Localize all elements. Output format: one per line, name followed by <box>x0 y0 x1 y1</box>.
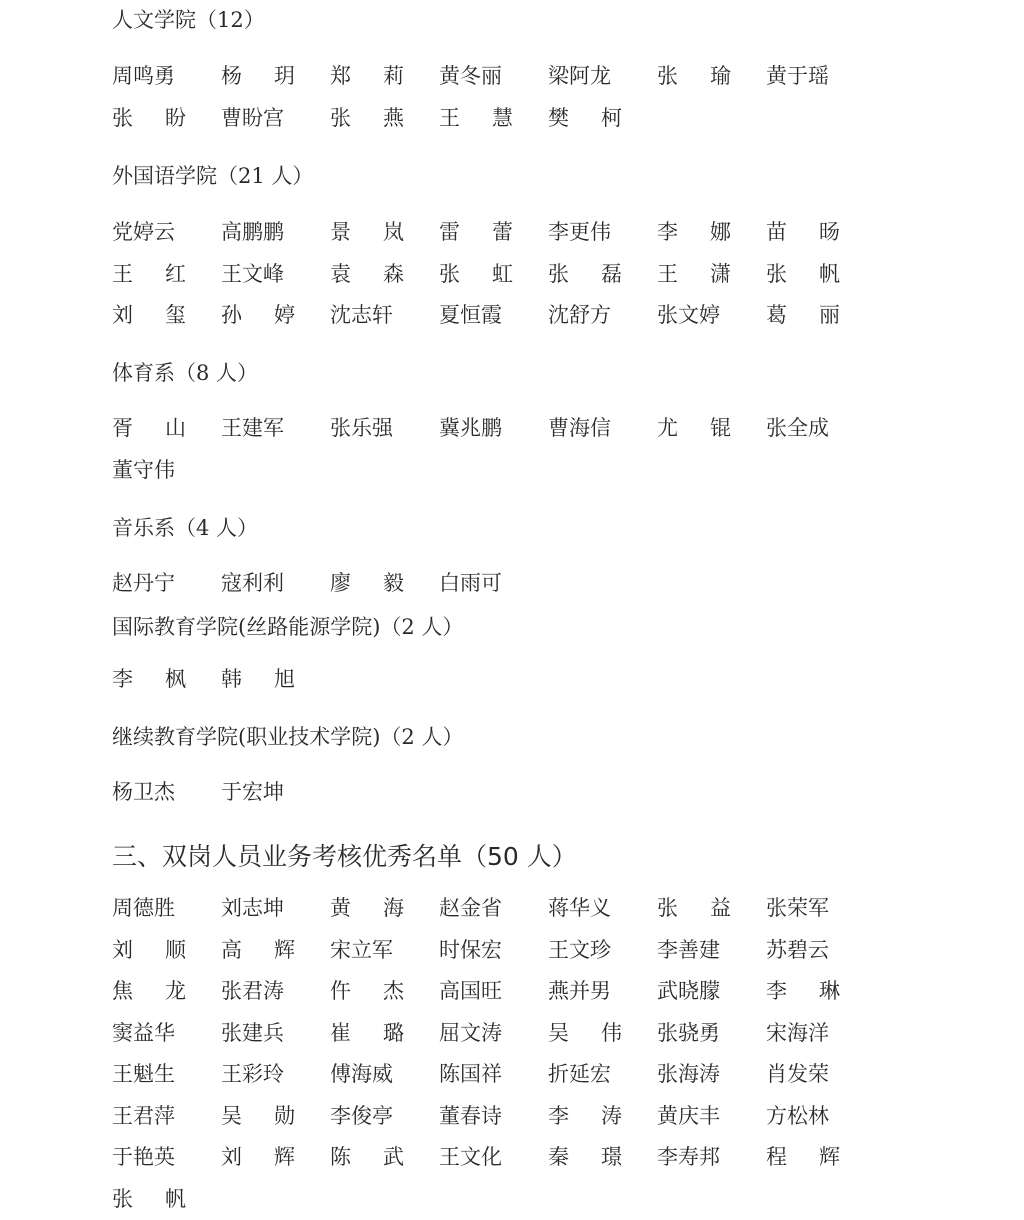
person-name: 张燕 <box>330 104 404 132</box>
name-row: 董守伟 <box>112 456 872 484</box>
person-name: 葛丽 <box>766 301 840 329</box>
person-name: 焦龙 <box>112 977 186 1005</box>
person-name: 曹海信 <box>548 414 622 442</box>
person-name: 李枫 <box>112 665 186 693</box>
person-name: 秦璟 <box>548 1143 622 1171</box>
name-row: 刘玺孙婷沈志轩夏恒霞沈舒方张文婷葛丽 <box>112 301 872 329</box>
person-name: 李寿邦 <box>657 1143 731 1171</box>
person-name: 王魁生 <box>112 1060 186 1088</box>
person-name: 黄海 <box>330 894 404 922</box>
department-heading: 人文学院（12） <box>112 8 265 32</box>
person-name: 周德胜 <box>112 894 186 922</box>
person-name: 于艳英 <box>112 1143 186 1171</box>
name-row: 窦益华张建兵崔璐屈文涛吴伟张骁勇宋海洋 <box>112 1019 872 1047</box>
person-name: 于宏坤 <box>221 778 295 806</box>
person-name: 王君萍 <box>112 1102 186 1130</box>
person-name: 周鸣勇 <box>112 62 186 90</box>
person-name: 王文珍 <box>548 936 622 964</box>
person-name: 肖发荣 <box>766 1060 840 1088</box>
name-row: 王君萍吴勋李俊亭董春诗李涛黄庆丰方松林 <box>112 1102 872 1130</box>
name-row: 周德胜刘志坤黄海赵金省蒋华义张益张荣军 <box>112 894 872 922</box>
person-name: 仵杰 <box>330 977 404 1005</box>
person-name: 折延宏 <box>548 1060 622 1088</box>
person-name: 李更伟 <box>548 218 622 246</box>
person-name: 张建兵 <box>221 1019 295 1047</box>
person-name: 吴勋 <box>221 1102 295 1130</box>
person-name: 李善建 <box>657 936 731 964</box>
name-row: 杨卫杰于宏坤 <box>112 778 872 806</box>
name-row: 胥山王建军张乐强冀兆鹏曹海信尤锟张全成 <box>112 414 872 442</box>
person-name: 刘顺 <box>112 936 186 964</box>
person-name: 白雨可 <box>439 569 513 597</box>
person-name: 张盼 <box>112 104 186 132</box>
name-row: 王红王文峰袁森张虹张磊王潇张帆 <box>112 260 872 288</box>
person-name: 张瑜 <box>657 62 731 90</box>
person-name: 景岚 <box>330 218 404 246</box>
name-row: 周鸣勇杨玥郑莉黄冬丽梁阿龙张瑜黄于瑶 <box>112 62 872 90</box>
person-name: 宋立军 <box>330 936 404 964</box>
person-name: 尤锟 <box>657 414 731 442</box>
person-name: 廖毅 <box>330 569 404 597</box>
person-name: 王建军 <box>221 414 295 442</box>
person-name: 武晓朦 <box>657 977 731 1005</box>
name-row: 张盼曹盼宫张燕王慧樊柯 <box>112 104 872 132</box>
person-name: 程辉 <box>766 1143 840 1171</box>
department-heading: 继续教育学院(职业技术学院)（2 人） <box>112 725 463 749</box>
person-name: 张磊 <box>548 260 622 288</box>
person-name: 冀兆鹏 <box>439 414 513 442</box>
person-name: 李涛 <box>548 1102 622 1130</box>
person-name: 党婷云 <box>112 218 186 246</box>
person-name: 雷蕾 <box>439 218 513 246</box>
person-name: 刘辉 <box>221 1143 295 1171</box>
person-name: 高辉 <box>221 936 295 964</box>
person-name: 王彩玲 <box>221 1060 295 1088</box>
person-name: 张荣军 <box>766 894 840 922</box>
person-name: 王文峰 <box>221 260 295 288</box>
person-name: 沈志轩 <box>330 301 404 329</box>
person-name: 王文化 <box>439 1143 513 1171</box>
person-name: 王慧 <box>439 104 513 132</box>
section-title: 三、双岗人员业务考核优秀名单（50 人） <box>112 842 577 872</box>
person-name: 张君涛 <box>221 977 295 1005</box>
person-name: 张骁勇 <box>657 1019 731 1047</box>
person-name: 袁森 <box>330 260 404 288</box>
person-name: 沈舒方 <box>548 301 622 329</box>
document-page: 人文学院（12）周鸣勇杨玥郑莉黄冬丽梁阿龙张瑜黄于瑶张盼曹盼宫张燕王慧樊柯外国语… <box>0 0 1024 1220</box>
person-name: 梁阿龙 <box>548 62 622 90</box>
person-name: 崔璐 <box>330 1019 404 1047</box>
name-row: 赵丹宁寇利利廖毅白雨可 <box>112 569 872 597</box>
person-name: 张帆 <box>766 260 840 288</box>
person-name: 张全成 <box>766 414 840 442</box>
person-name: 李俊亭 <box>330 1102 404 1130</box>
person-name: 黄冬丽 <box>439 62 513 90</box>
name-row: 王魁生王彩玲傅海威陈国祥折延宏张海涛肖发荣 <box>112 1060 872 1088</box>
person-name: 胥山 <box>112 414 186 442</box>
person-name: 郑莉 <box>330 62 404 90</box>
department-heading: 音乐系（4 人） <box>112 516 258 540</box>
person-name: 黄于瑶 <box>766 62 840 90</box>
person-name: 高国旺 <box>439 977 513 1005</box>
person-name: 吴伟 <box>548 1019 622 1047</box>
name-row: 于艳英刘辉陈武王文化秦璟李寿邦程辉 <box>112 1143 872 1171</box>
person-name: 王潇 <box>657 260 731 288</box>
person-name: 时保宏 <box>439 936 513 964</box>
person-name: 樊柯 <box>548 104 622 132</box>
department-heading: 国际教育学院(丝路能源学院)（2 人） <box>112 615 463 639</box>
person-name: 高鹏鹏 <box>221 218 295 246</box>
name-row: 张帆 <box>112 1185 872 1213</box>
person-name: 杨玥 <box>221 62 295 90</box>
person-name: 寇利利 <box>221 569 295 597</box>
person-name: 杨卫杰 <box>112 778 186 806</box>
person-name: 刘志坤 <box>221 894 295 922</box>
person-name: 苗旸 <box>766 218 840 246</box>
person-name: 傅海威 <box>330 1060 404 1088</box>
person-name: 张文婷 <box>657 301 731 329</box>
person-name: 王红 <box>112 260 186 288</box>
person-name: 方松林 <box>766 1102 840 1130</box>
person-name: 赵金省 <box>439 894 513 922</box>
person-name: 张海涛 <box>657 1060 731 1088</box>
name-row: 李枫韩旭 <box>112 665 872 693</box>
person-name: 张帆 <box>112 1185 186 1213</box>
department-heading: 外国语学院（21 人） <box>112 164 313 188</box>
person-name: 夏恒霞 <box>439 301 513 329</box>
person-name: 黄庆丰 <box>657 1102 731 1130</box>
person-name: 李琳 <box>766 977 840 1005</box>
department-heading: 体育系（8 人） <box>112 361 258 385</box>
person-name: 苏碧云 <box>766 936 840 964</box>
person-name: 燕并男 <box>548 977 622 1005</box>
person-name: 李娜 <box>657 218 731 246</box>
person-name: 孙婷 <box>221 301 295 329</box>
person-name: 屈文涛 <box>439 1019 513 1047</box>
name-row: 焦龙张君涛仵杰高国旺燕并男武晓朦李琳 <box>112 977 872 1005</box>
person-name: 蒋华义 <box>548 894 622 922</box>
person-name: 张乐强 <box>330 414 404 442</box>
person-name: 董守伟 <box>112 456 186 484</box>
person-name: 窦益华 <box>112 1019 186 1047</box>
person-name: 宋海洋 <box>766 1019 840 1047</box>
person-name: 曹盼宫 <box>221 104 295 132</box>
person-name: 陈国祥 <box>439 1060 513 1088</box>
person-name: 张益 <box>657 894 731 922</box>
person-name: 张虹 <box>439 260 513 288</box>
name-row: 刘顺高辉宋立军时保宏王文珍李善建苏碧云 <box>112 936 872 964</box>
person-name: 赵丹宁 <box>112 569 186 597</box>
person-name: 董春诗 <box>439 1102 513 1130</box>
person-name: 韩旭 <box>221 665 295 693</box>
person-name: 陈武 <box>330 1143 404 1171</box>
person-name: 刘玺 <box>112 301 186 329</box>
name-row: 党婷云高鹏鹏景岚雷蕾李更伟李娜苗旸 <box>112 218 872 246</box>
